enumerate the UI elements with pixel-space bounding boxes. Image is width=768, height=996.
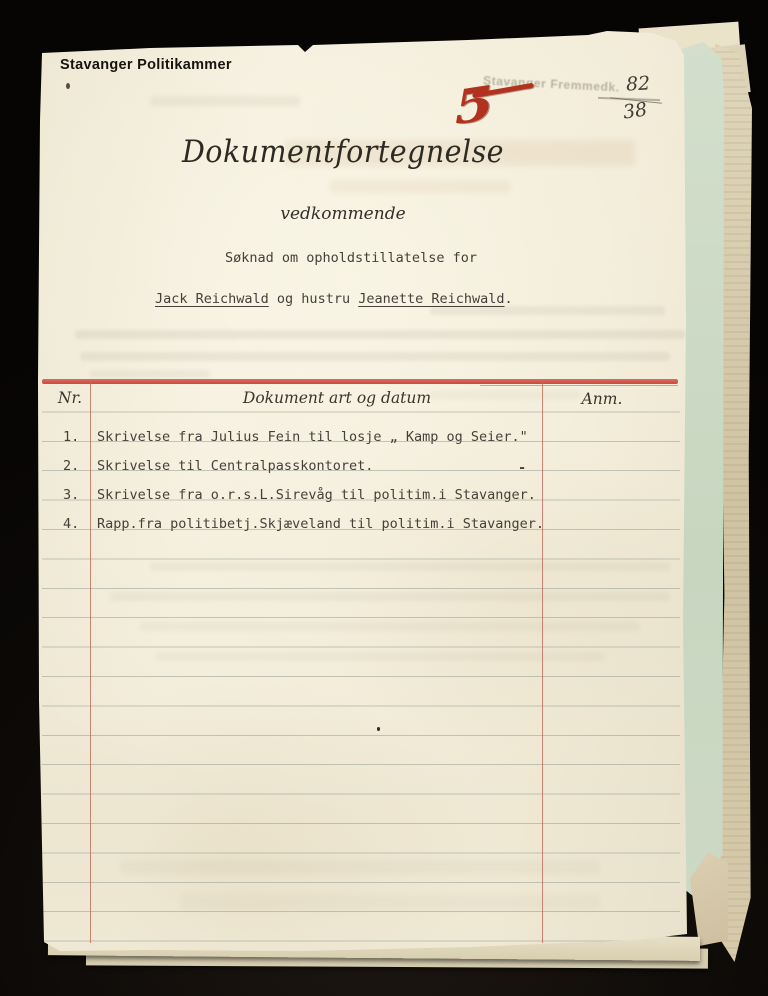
ink-speck (66, 83, 70, 89)
applicant-name: Jack Reichwald (155, 291, 269, 307)
row-number: 1. (63, 429, 89, 445)
applicants-connector: og hustru (269, 291, 358, 307)
applicant-name: Jeanette Reichwald (358, 291, 504, 307)
row-annotation-mark: - (518, 460, 526, 476)
column-divider-left (90, 381, 91, 943)
table-row: Rapp.fra politibetj.Skjæveland til polit… (97, 516, 544, 532)
row-number: 4. (63, 516, 89, 532)
document-title: Dokumentfortegnelse (27, 134, 658, 170)
column-header-document: Dokument art og datum (227, 389, 447, 407)
applicants-line: Jack Reichwald og hustru Jeanette Reichw… (155, 291, 513, 307)
table-row: Skrivelse fra Julius Fein til losje „ Ka… (97, 429, 528, 445)
file-number-top: 82 (625, 72, 650, 95)
column-header-anm: Anm. (577, 390, 627, 408)
file-number-bottom: 38 (622, 98, 649, 123)
document-subtitle: vedkommende (0, 204, 686, 224)
bleed-through-mark (90, 370, 210, 378)
bleed-through-mark (75, 330, 685, 339)
scanned-document-photo: Stavanger Politikammer Stavanger Fremmed… (0, 0, 768, 996)
bleed-through-mark (330, 180, 510, 193)
table-row: Skrivelse til Centralpasskontoret. (97, 458, 373, 474)
table-row: Skrivelse fra o.r.s.L.Sirevåg til politi… (97, 487, 536, 503)
period: . (505, 291, 513, 307)
subject-line: Søknad om opholdstillatelse for (225, 250, 477, 266)
bleed-through-mark (80, 352, 670, 361)
column-header-nr: Nr. (50, 389, 90, 407)
column-divider-right (542, 381, 543, 943)
ink-speck (377, 727, 380, 731)
handwritten-case-number: 5 (453, 79, 495, 131)
letterhead: Stavanger Politikammer (60, 57, 232, 73)
bleed-through-mark (150, 96, 300, 106)
document-page: Stavanger Politikammer Stavanger Fremmed… (0, 0, 768, 996)
row-number: 3. (63, 487, 89, 503)
row-number: 2. (63, 458, 89, 474)
bleed-through-mark (430, 306, 665, 315)
